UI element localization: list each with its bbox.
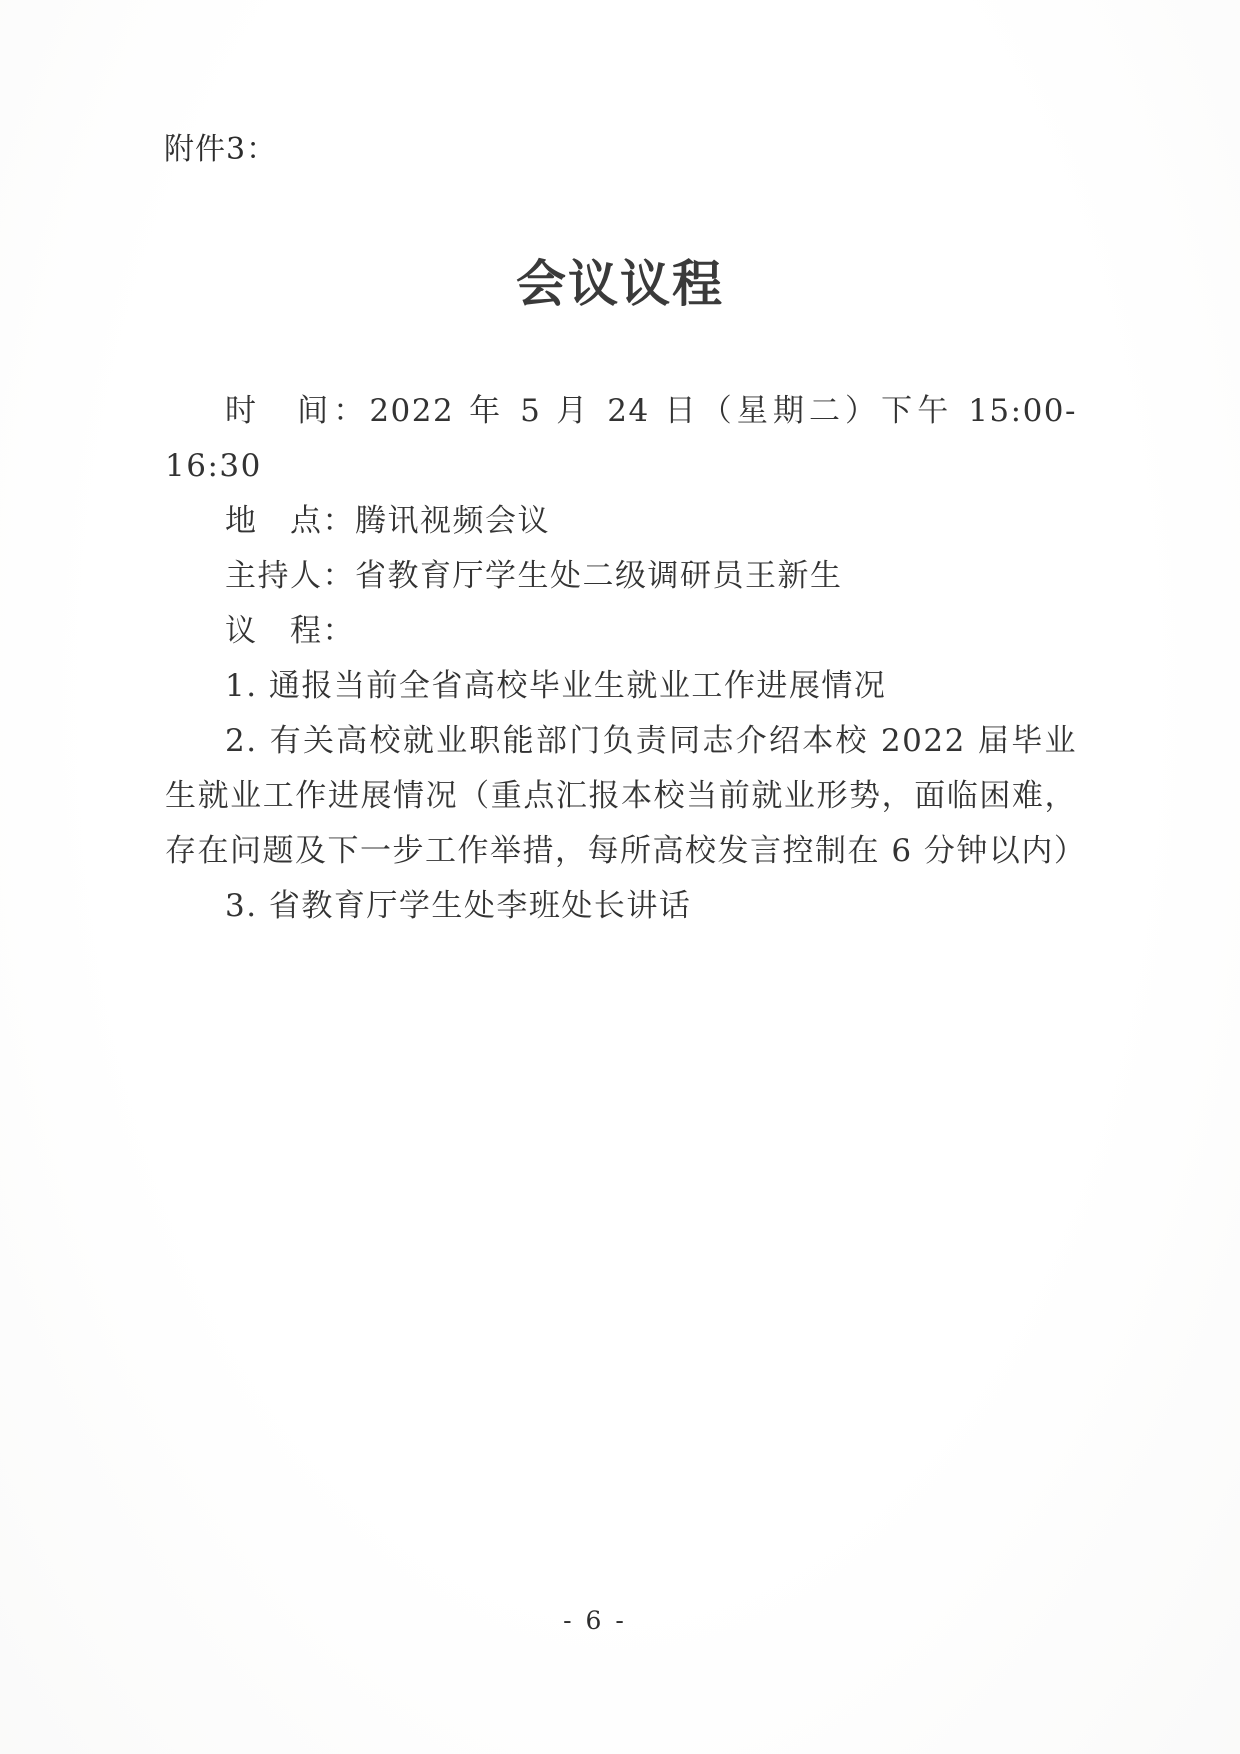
agenda-item-3: 3. 省教育厅学生处李班处长讲话 xyxy=(165,879,1077,934)
meta-line-location: 地 点：腾讯视频会议 xyxy=(165,494,1077,549)
agenda-item-1: 1. 通报当前全省高校毕业生就业工作进展情况 xyxy=(165,659,1077,714)
host-value: 省教育厅学生处二级调研员王新生 xyxy=(355,558,843,594)
document-body: 时 间：2022 年 5 月 24 日（星期二）下午 15:00-16:30 地… xyxy=(165,384,1077,934)
page-number: - 6 - xyxy=(0,1606,1190,1635)
meta-line-time: 时 间：2022 年 5 月 24 日（星期二）下午 15:00-16:30 xyxy=(165,384,1077,494)
location-value: 腾讯视频会议 xyxy=(355,503,550,539)
location-label: 地 点： xyxy=(225,503,355,539)
host-label: 主持人： xyxy=(225,558,355,594)
agenda-heading-label: 议 程： xyxy=(225,613,355,649)
document-title: 会议议程 xyxy=(0,252,1240,316)
meta-line-agenda-heading: 议 程： xyxy=(165,604,1077,659)
agenda-item-2: 2. 有关高校就业职能部门负责同志介绍本校 2022 届毕业生就业工作进展情况（… xyxy=(165,714,1077,879)
attachment-label: 附件3： xyxy=(164,128,277,172)
meta-line-host: 主持人：省教育厅学生处二级调研员王新生 xyxy=(165,549,1077,604)
scanned-document-page: 附件3： 会议议程 时 间：2022 年 5 月 24 日（星期二）下午 15:… xyxy=(0,0,1240,1754)
time-label: 时 间： xyxy=(225,393,369,429)
